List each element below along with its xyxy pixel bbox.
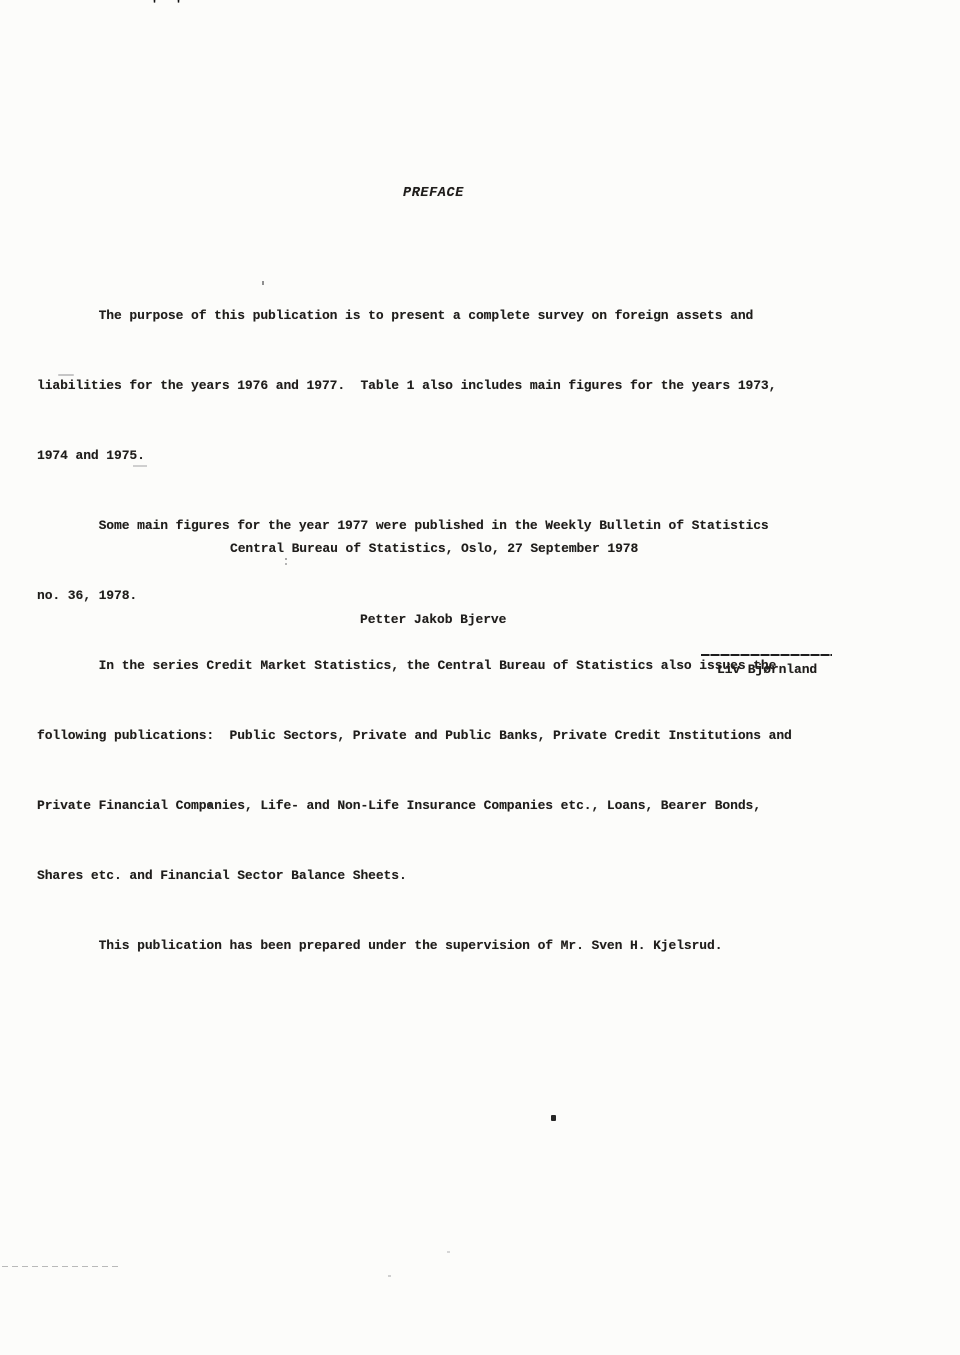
body-line: Shares etc. and Financial Sector Balance…	[37, 864, 792, 887]
body-line: 1974 and 1975.	[37, 444, 792, 467]
scan-artifact	[388, 1275, 391, 1277]
signatory-secondary-name: Liv Bjørnland	[717, 662, 817, 677]
scan-artifact	[447, 1251, 450, 1253]
body-line: This publication has been prepared under…	[37, 934, 792, 957]
preface-body-text: The purpose of this publication is to pr…	[37, 257, 792, 1004]
dateline: Central Bureau of Statistics, Oslo, 27 S…	[230, 541, 638, 556]
scan-artifact	[2, 1266, 120, 1267]
body-line: Some main figures for the year 1977 were…	[37, 514, 792, 537]
scan-artifact	[551, 1115, 556, 1121]
scan-artifact	[207, 803, 212, 807]
body-line: liabilities for the years 1976 and 1977.…	[37, 374, 792, 397]
scan-artifact	[58, 374, 74, 376]
scanned-document-page: ' ' PREFACE The purpose of this publicat…	[0, 0, 960, 1355]
body-line: no. 36, 1978.	[37, 584, 792, 607]
scan-artifact	[285, 558, 287, 560]
body-line: following publications: Public Sectors, …	[37, 724, 792, 747]
scan-artifact	[262, 281, 264, 285]
signatory-primary-name: Petter Jakob Bjerve	[360, 612, 506, 627]
body-line: In the series Credit Market Statistics, …	[37, 654, 792, 677]
scan-artifact	[133, 465, 147, 467]
signature-line	[701, 654, 832, 656]
body-line: Private Financial Companies, Life- and N…	[37, 794, 792, 817]
scan-artifact-top-marks: ' '	[150, 0, 183, 14]
body-line: The purpose of this publication is to pr…	[37, 304, 792, 327]
page-title: PREFACE	[403, 186, 464, 201]
